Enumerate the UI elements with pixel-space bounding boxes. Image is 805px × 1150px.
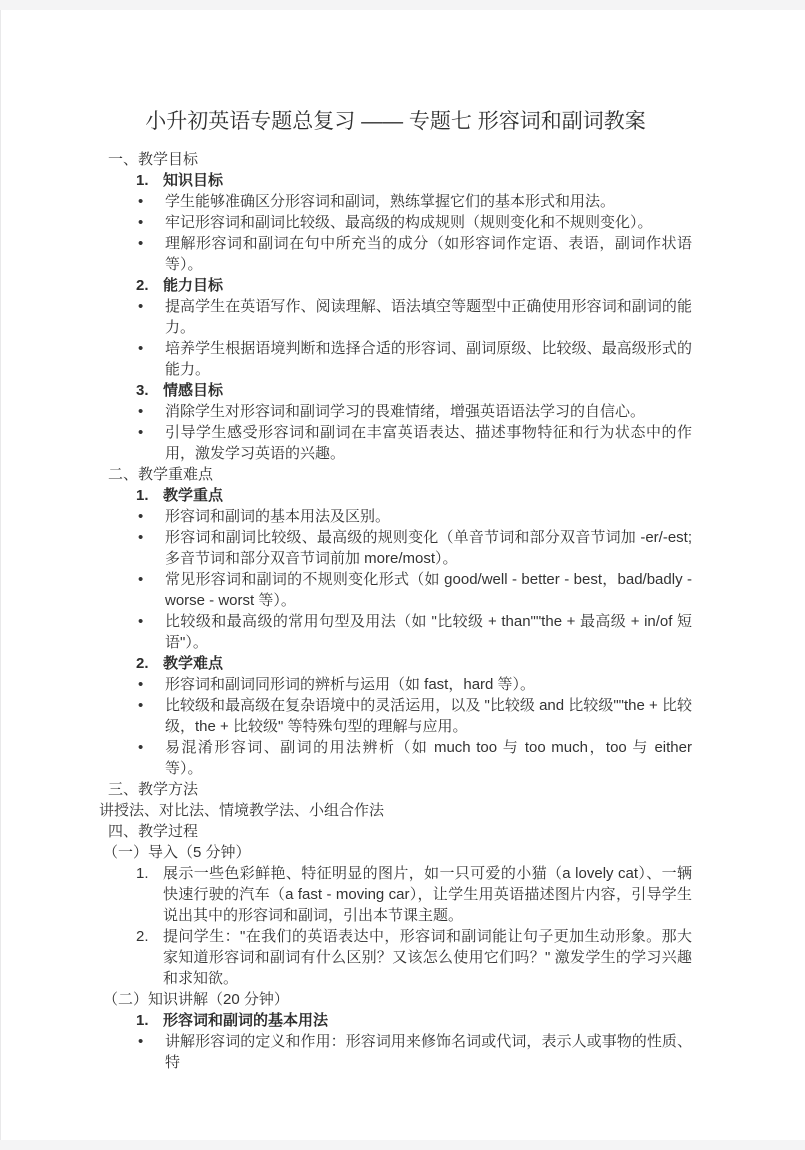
numbered-heading: 2.能力目标	[136, 275, 692, 296]
numbered-heading: 2.教学难点	[136, 653, 692, 674]
section-heading: 一、教学目标	[99, 149, 692, 170]
item-text: 形容词和副词同形词的辨析与运用（如 fast，hard 等）。	[165, 674, 692, 695]
document-page: 小升初英语专题总复习 —— 专题七 形容词和副词教案 一、教学目标1.知识目标•…	[0, 10, 805, 1140]
bullet-item: •引导学生感受形容词和副词在丰富英语表达、描述事物特征和行为状态中的作用，激发学…	[136, 422, 692, 464]
item-text: 提高学生在英语写作、阅读理解、语法填空等题型中正确使用形容词和副词的能力。	[165, 296, 692, 338]
bullet-marker: •	[136, 401, 165, 422]
item-text: 比较级和最高级的常用句型及用法（如 "比较级 + than""the + 最高级…	[165, 611, 692, 653]
bullet-item: •消除学生对形容词和副词学习的畏难情绪，增强英语语法学习的自信心。	[136, 401, 692, 422]
bullet-item: •讲解形容词的定义和作用：形容词用来修饰名词或代词，表示人或事物的性质、特	[136, 1031, 692, 1073]
item-text: 讲解形容词的定义和作用：形容词用来修饰名词或代词，表示人或事物的性质、特	[165, 1031, 692, 1073]
bullet-marker: •	[136, 674, 165, 695]
item-text: 形容词和副词的基本用法及区别。	[165, 506, 692, 527]
bullet-marker: •	[136, 611, 165, 653]
bullet-item: •形容词和副词的基本用法及区别。	[136, 506, 692, 527]
item-text: 能力目标	[163, 275, 692, 296]
item-text: 提问学生："在我们的英语表达中，形容词和副词能让句子更加生动形象。那大家知道形容…	[163, 926, 692, 989]
bullet-item: •牢记形容词和副词比较级、最高级的构成规则（规则变化和不规则变化）。	[136, 212, 692, 233]
item-number: 1.	[136, 1010, 163, 1031]
bullet-marker: •	[136, 422, 165, 464]
numbered-item: 2.提问学生："在我们的英语表达中，形容词和副词能让句子更加生动形象。那大家知道…	[136, 926, 692, 989]
document-body: 一、教学目标1.知识目标•学生能够准确区分形容词和副词，熟练掌握它们的基本形式和…	[99, 149, 692, 1073]
bullet-item: •理解形容词和副词在句中所充当的成分（如形容词作定语、表语，副词作状语等）。	[136, 233, 692, 275]
item-text: 引导学生感受形容词和副词在丰富英语表达、描述事物特征和行为状态中的作用，激发学习…	[165, 422, 692, 464]
item-text: 教学难点	[163, 653, 692, 674]
sub-section-heading: （二）知识讲解（20 分钟）	[99, 989, 692, 1010]
item-text: 比较级和最高级在复杂语境中的灵活运用，以及 "比较级 and 比较级""the …	[165, 695, 692, 737]
item-text: 情感目标	[163, 380, 692, 401]
bullet-item: •提高学生在英语写作、阅读理解、语法填空等题型中正确使用形容词和副词的能力。	[136, 296, 692, 338]
item-number: 1.	[136, 170, 163, 191]
item-text: 形容词和副词比较级、最高级的规则变化（单音节词和部分双音节词加 -er/-est…	[165, 527, 692, 569]
item-number: 1.	[136, 485, 163, 506]
item-text: 理解形容词和副词在句中所充当的成分（如形容词作定语、表语，副词作状语等）。	[165, 233, 692, 275]
item-text: 展示一些色彩鲜艳、特征明显的图片，如一只可爱的小猫（a lovely cat）、…	[163, 863, 692, 926]
bullet-item: •常见形容词和副词的不规则变化形式（如 good/well - better -…	[136, 569, 692, 611]
numbered-heading: 1.知识目标	[136, 170, 692, 191]
item-text: 形容词和副词的基本用法	[163, 1010, 692, 1031]
item-text: 牢记形容词和副词比较级、最高级的构成规则（规则变化和不规则变化）。	[165, 212, 692, 233]
paragraph: 讲授法、对比法、情境教学法、小组合作法	[99, 800, 692, 821]
bullet-item: •培养学生根据语境判断和选择合适的形容词、副词原级、比较级、最高级形式的能力。	[136, 338, 692, 380]
item-number: 1.	[136, 863, 163, 926]
bullet-item: •形容词和副词比较级、最高级的规则变化（单音节词和部分双音节词加 -er/-es…	[136, 527, 692, 569]
section-heading: 二、教学重难点	[99, 464, 692, 485]
bullet-marker: •	[136, 569, 165, 611]
bullet-item: •学生能够准确区分形容词和副词，熟练掌握它们的基本形式和用法。	[136, 191, 692, 212]
item-number: 2.	[136, 275, 163, 296]
bullet-marker: •	[136, 527, 165, 569]
document-title: 小升初英语专题总复习 —— 专题七 形容词和副词教案	[99, 105, 692, 139]
numbered-heading: 1.教学重点	[136, 485, 692, 506]
item-text: 知识目标	[163, 170, 692, 191]
bullet-item: •比较级和最高级在复杂语境中的灵活运用，以及 "比较级 and 比较级""the…	[136, 695, 692, 737]
item-text: 培养学生根据语境判断和选择合适的形容词、副词原级、比较级、最高级形式的能力。	[165, 338, 692, 380]
item-text: 学生能够准确区分形容词和副词，熟练掌握它们的基本形式和用法。	[165, 191, 692, 212]
bullet-item: •易混淆形容词、副词的用法辨析（如 much too 与 too much，to…	[136, 737, 692, 779]
bullet-marker: •	[136, 737, 165, 779]
bullet-item: •比较级和最高级的常用句型及用法（如 "比较级 + than""the + 最高…	[136, 611, 692, 653]
bullet-marker: •	[136, 506, 165, 527]
item-text: 消除学生对形容词和副词学习的畏难情绪，增强英语语法学习的自信心。	[165, 401, 692, 422]
item-number: 2.	[136, 926, 163, 989]
numbered-heading: 1.形容词和副词的基本用法	[136, 1010, 692, 1031]
bullet-marker: •	[136, 695, 165, 737]
sub-section-heading: （一）导入（5 分钟）	[99, 842, 692, 863]
bullet-marker: •	[136, 233, 165, 275]
bullet-marker: •	[136, 338, 165, 380]
section-heading: 四、教学过程	[99, 821, 692, 842]
item-number: 3.	[136, 380, 163, 401]
item-text: 易混淆形容词、副词的用法辨析（如 much too 与 too much，too…	[165, 737, 692, 779]
bullet-marker: •	[136, 191, 165, 212]
item-text: 教学重点	[163, 485, 692, 506]
bullet-marker: •	[136, 296, 165, 338]
bullet-item: •形容词和副词同形词的辨析与运用（如 fast，hard 等）。	[136, 674, 692, 695]
numbered-item: 1.展示一些色彩鲜艳、特征明显的图片，如一只可爱的小猫（a lovely cat…	[136, 863, 692, 926]
bullet-marker: •	[136, 212, 165, 233]
item-text: 常见形容词和副词的不规则变化形式（如 good/well - better - …	[165, 569, 692, 611]
section-heading: 三、教学方法	[99, 779, 692, 800]
bullet-marker: •	[136, 1031, 165, 1073]
item-number: 2.	[136, 653, 163, 674]
numbered-heading: 3.情感目标	[136, 380, 692, 401]
